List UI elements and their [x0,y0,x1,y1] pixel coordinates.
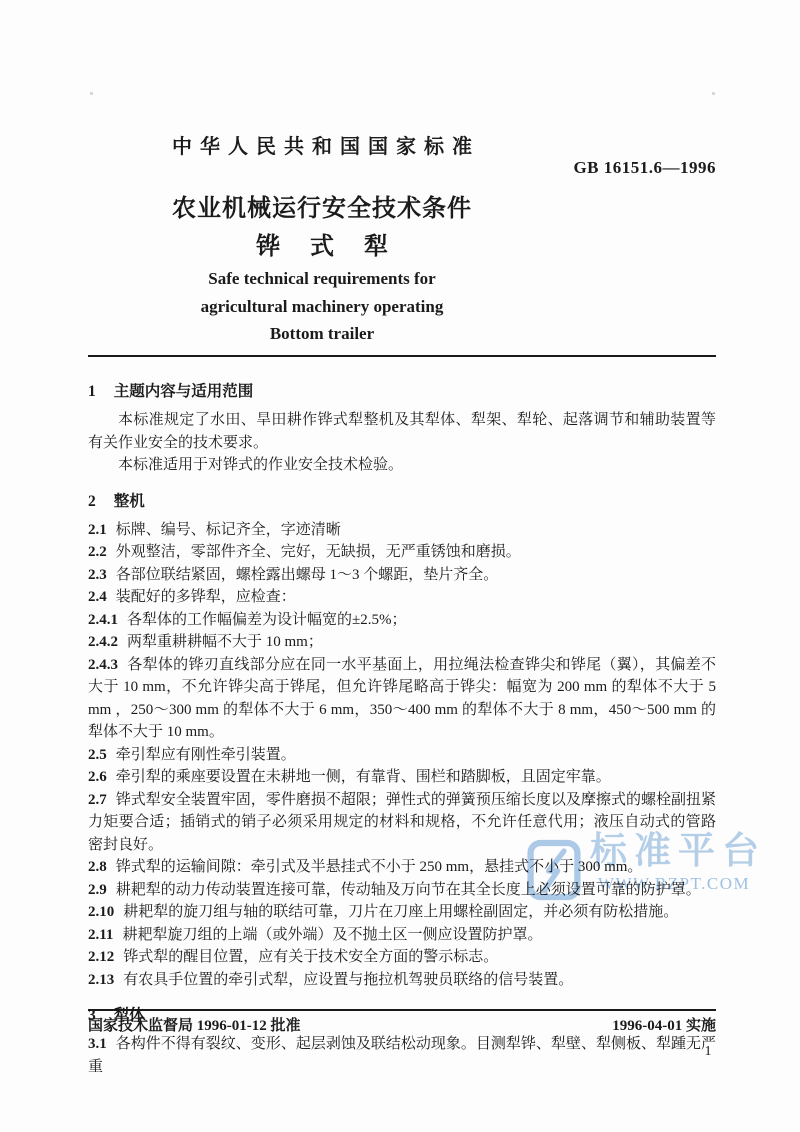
clause-2-1: 2.1标牌、编号、标记齐全，字迹清晰 [88,519,716,542]
clause-2-8: 2.8铧式犁的运输间隙：牵引式及半悬挂式不小于 250 mm，悬挂式不小于 30… [88,856,716,879]
header-divider-rule [88,355,716,357]
clause-2-6: 2.6牵引犁的乘座要设置在未耕地一侧，有靠背、围栏和踏脚板，且固定牢靠。 [88,766,716,789]
document-title-cn: 农业机械运行安全技术条件 [88,188,556,223]
clause-2-4-3: 2.4.3各犁体的铧刃直线部分应在同一水平基面上，用拉绳法检查铧尖和铧尾（翼），… [88,654,716,744]
page-number: 1 [698,1042,718,1062]
section-2-number: 2 [88,493,96,510]
section-1-heading: 1主题内容与适用范围 [88,381,716,403]
clause-2-2: 2.2外观整洁，零部件齐全、完好，无缺损，无严重锈蚀和磨损。 [88,541,716,564]
clause-2-11: 2.11耕耙犁旋刀组的上端（或外端）及不抛土区一侧应设置防护罩。 [88,924,716,947]
section-1-paragraph-2: 本标准适用于对铧式的作业安全技术检验。 [88,454,716,477]
standard-code: GB 16151.6—1996 [573,158,716,178]
crop-mark [90,92,93,95]
clause-2-10: 2.10耕耙犁的旋刀组与轴的联结可靠，刀片在刀座上用螺栓副固定，并必须有防松措施… [88,901,716,924]
approval-notice: 国家技术监督局 1996-01-12 批准 [88,1015,301,1037]
section-1-title: 主题内容与适用范围 [114,383,254,400]
footer: 国家技术监督局 1996-01-12 批准 1996-04-01 实施 [88,1015,716,1037]
clause-3-1: 3.1各构件不得有裂纹、变形、起层剥蚀及联结松动现象。目测犁铧、犁壁、犁侧板、犁… [88,1033,716,1078]
clause-2-9: 2.9耕耙犁的动力传动装置连接可靠，传动轴及万向节在其全长度上必须设置可靠的防护… [88,879,716,902]
national-standard-label: 中华人民共和国国家标准 [88,130,556,159]
title-en-line-3: Bottom trailer [88,320,556,348]
document-page: 中华人民共和国国家标准 GB 16151.6—1996 农业机械运行安全技术条件… [0,0,800,1132]
title-en-line-2: agricultural machinery operating [88,293,556,321]
footer-divider-rule [88,1009,716,1011]
clause-2-4: 2.4装配好的多铧犁，应检查： [88,586,716,609]
crop-mark [712,92,715,95]
title-en-line-1: Safe technical requirements for [88,265,556,293]
section-2-heading: 2整机 [88,491,716,513]
clause-2-4-1: 2.4.1各犁体的工作幅偏差为设计幅宽的±2.5%； [88,609,716,632]
clause-2-13: 2.13有农具手位置的牵引式犁，应设置与拖拉机驾驶员联络的信号装置。 [88,969,716,992]
section-1-number: 1 [88,383,96,400]
document-title-en: Safe technical requirements for agricult… [88,265,556,348]
clause-2-4-2: 2.4.2两犁重耕耕幅不大于 10 mm； [88,631,716,654]
clause-2-5: 2.5牵引犁应有刚性牵引装置。 [88,744,716,767]
document-subtitle-cn: 铧式犁 [88,226,556,261]
clause-2-3: 2.3各部位联结紧固，螺栓露出螺母 1～3 个螺距，垫片齐全。 [88,564,716,587]
section-1-paragraph-1: 本标准规定了水田、旱田耕作铧式犁整机及其犁体、犁架、犁轮、起落调节和辅助装置等有… [88,409,716,454]
document-body: 1主题内容与适用范围 本标准规定了水田、旱田耕作铧式犁整机及其犁体、犁架、犁轮、… [88,381,716,1078]
clause-2-12: 2.12铧式犁的醒目位置，应有关于技术安全方面的警示标志。 [88,946,716,969]
clause-2-7: 2.7铧式犁安全装置牢固，零件磨损不超限；弹性式的弹簧预压缩长度以及摩擦式的螺栓… [88,789,716,857]
section-2-title: 整机 [114,493,145,510]
implementation-date: 1996-04-01 实施 [612,1015,716,1037]
